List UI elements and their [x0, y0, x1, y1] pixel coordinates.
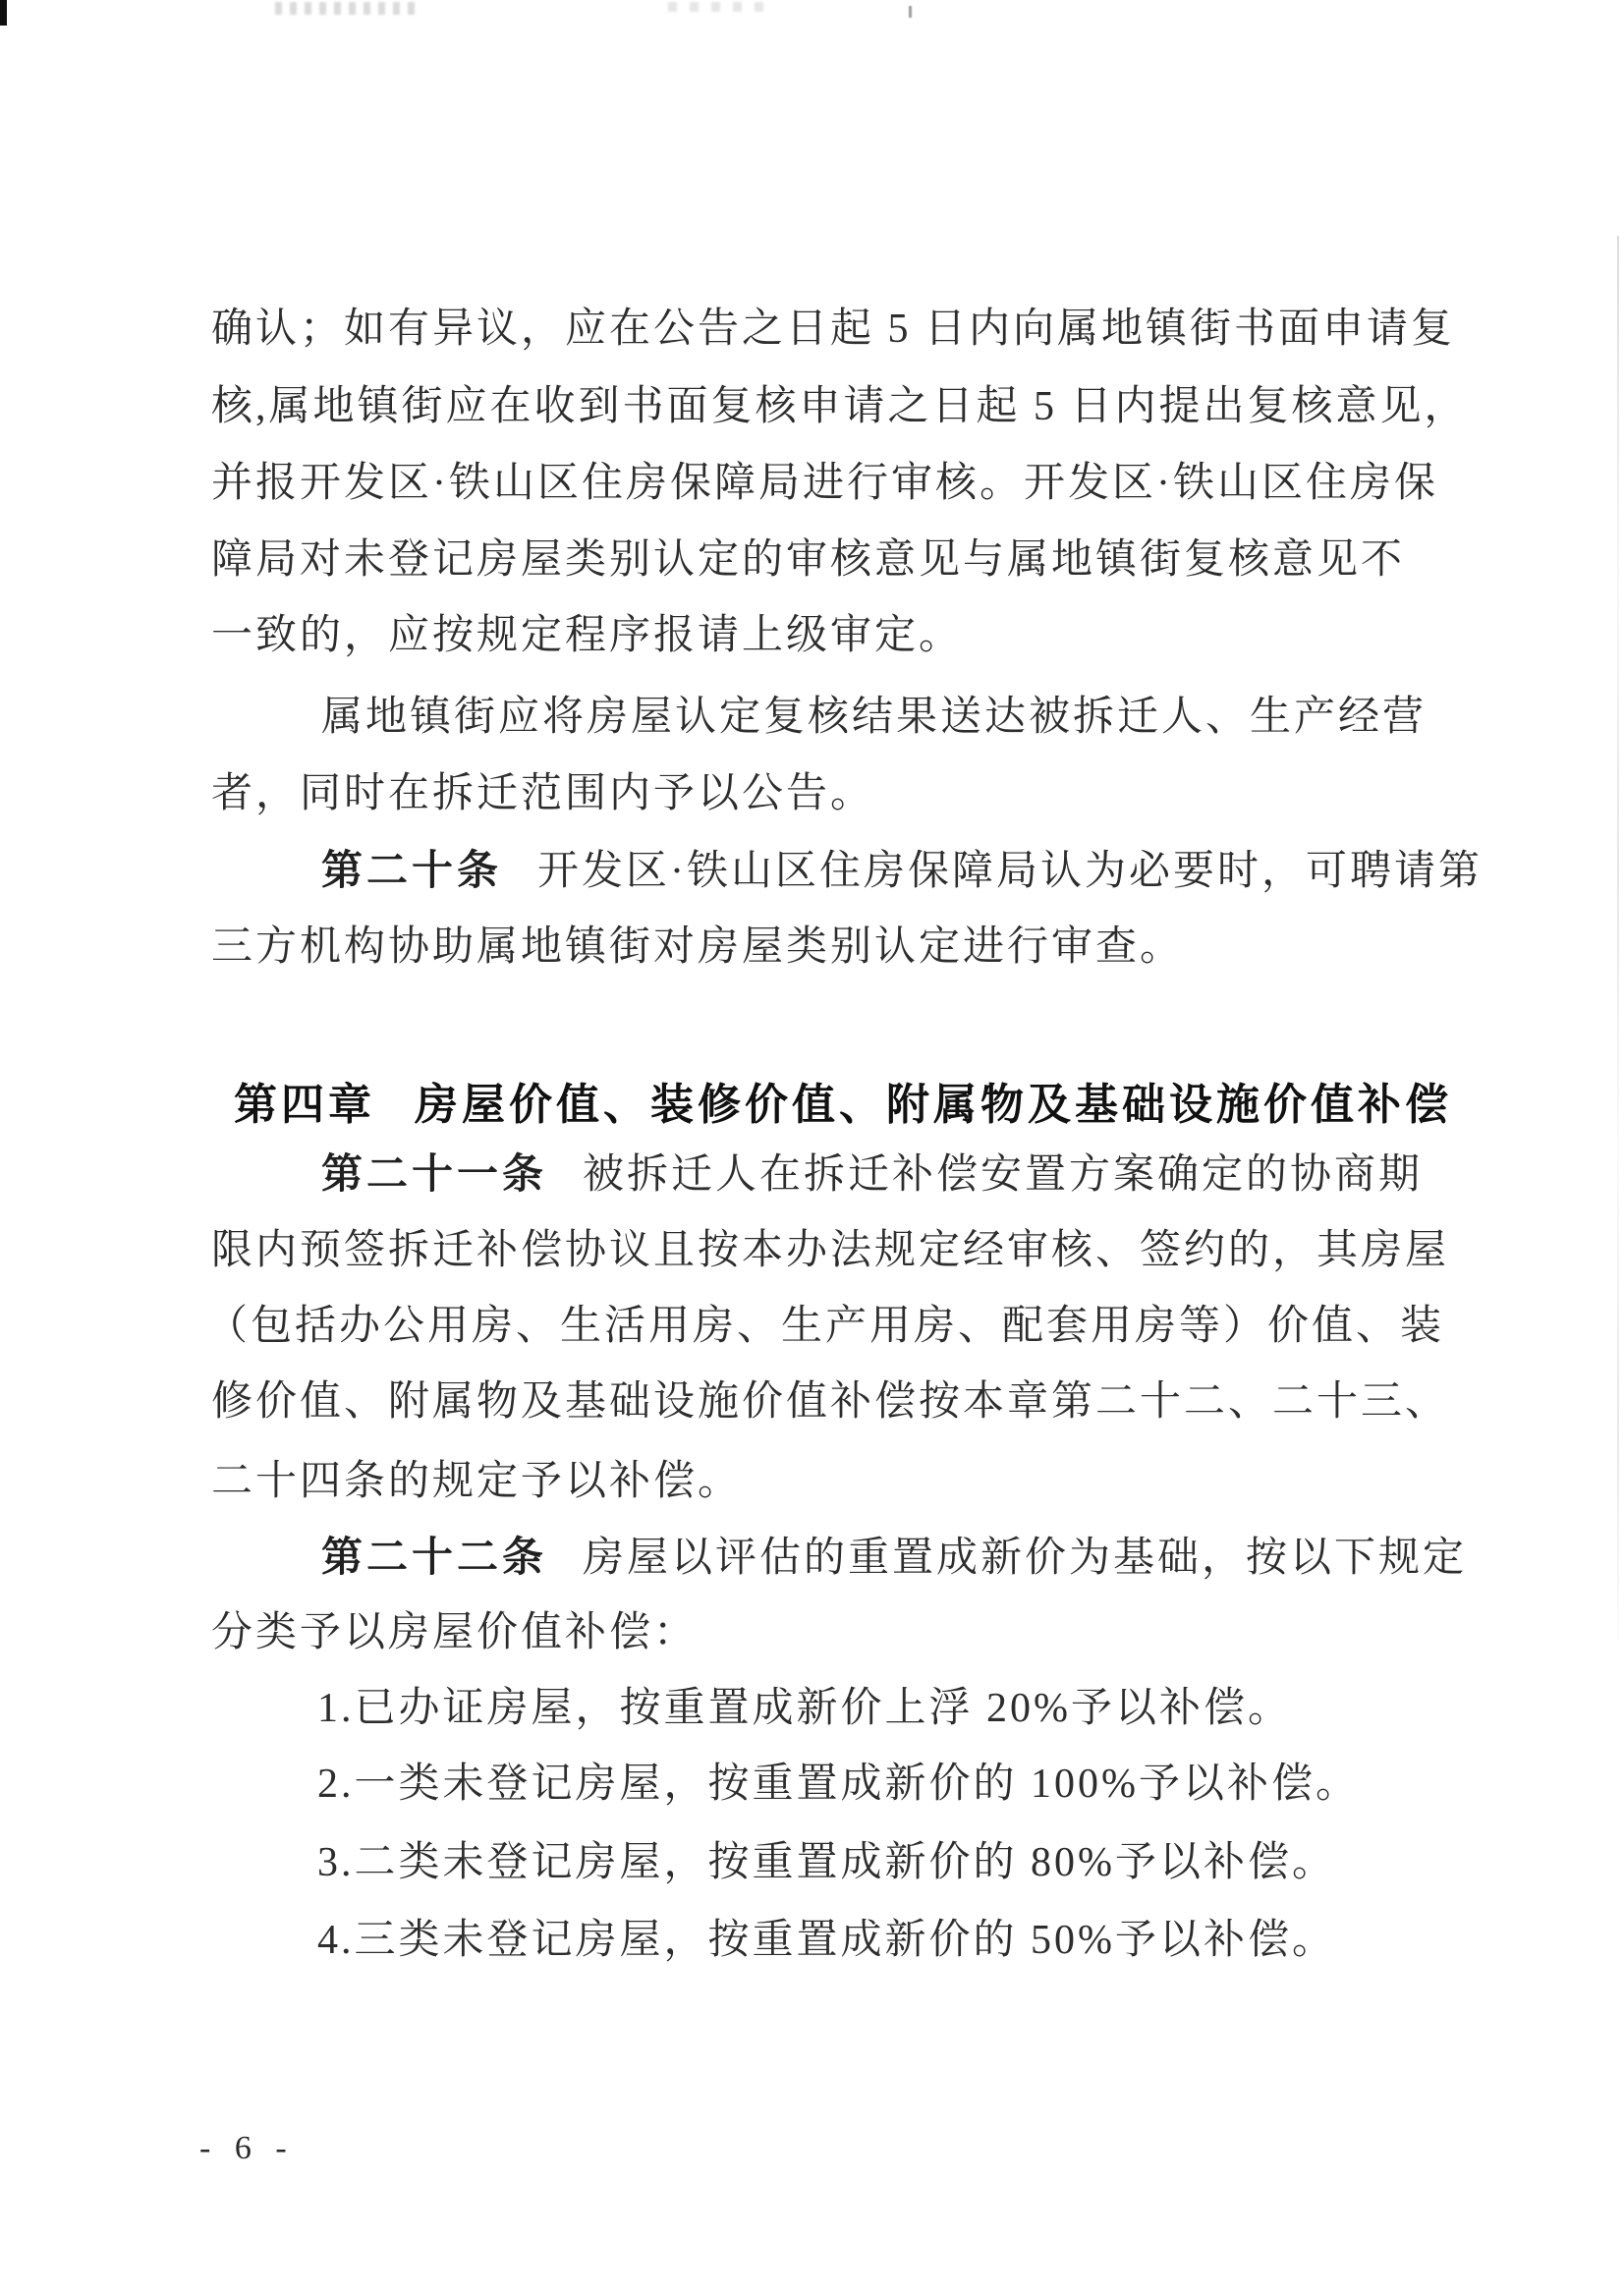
text-line: 三方机构协助属地镇街对房屋类别认定进行审查。 [211, 923, 1184, 972]
line-text: 属地镇街应将房屋认定复核结果送达被拆迁人、生产经营 [321, 695, 1427, 740]
line-text: 3.二类未登记房屋，按重置成新价的 80%予以补偿。 [317, 1840, 1336, 1885]
line-text: 二十四条的规定予以补偿。 [211, 1459, 742, 1504]
scan-artifact-corner [0, 0, 7, 26]
text-line: 确认；如有异议，应在公告之日起 5 日内向属地镇街书面申请复 [211, 305, 1455, 354]
scan-artifact-edge [1617, 236, 1619, 1641]
line-text: 1.已办证房屋，按重置成新价上浮 20%予以补偿。 [317, 1686, 1292, 1731]
line-text: 房屋以评估的重置成新价为基础，按以下规定 [583, 1536, 1467, 1581]
scan-artifact-smudge [275, 2, 422, 15]
line-text: 2.一类未登记房屋，按重置成新价的 100%予以补偿。 [317, 1762, 1360, 1807]
line-text: 修价值、附属物及基础设施价值补偿按本章第二十二、二十三、 [211, 1379, 1449, 1425]
line-text: 三方机构协助属地镇街对房屋类别认定进行审查。 [211, 924, 1184, 970]
list-item-2: 2.一类未登记房屋，按重置成新价的 100%予以补偿。 [317, 1760, 1360, 1809]
text-line: 一致的，应按规定程序报请上级审定。 [211, 611, 963, 660]
page-number: - 6 - [199, 2130, 295, 2167]
line-text: 一致的，应按规定程序报请上级审定。 [211, 613, 963, 658]
text-line: 属地镇街应将房屋认定复核结果送达被拆迁人、生产经营 [321, 693, 1427, 742]
line-text: 开发区·铁山区住房保障局认为必要时，可聘请第 [537, 849, 1483, 894]
text-line-article-22: 第二十二条房屋以评估的重置成新价为基础，按以下规定 [321, 1533, 1467, 1583]
text-line: 分类予以房屋价值补偿： [211, 1608, 698, 1657]
line-text: 障局对未登记房屋类别认定的审核意见与属地镇街复核意见不 [211, 537, 1405, 583]
scan-artifact-smudge [668, 2, 771, 12]
article-number: 第二十一条 [321, 1150, 547, 1197]
line-text: 分类予以房屋价值补偿： [211, 1610, 698, 1655]
line-text: 限内预签拆迁补偿协议且按本办法规定经审核、签约的，其房屋 [211, 1228, 1449, 1273]
text-line: 修价值、附属物及基础设施价值补偿按本章第二十二、二十三、 [211, 1377, 1449, 1427]
chapter-number: 第四章 [234, 1081, 375, 1129]
list-item-1: 1.已办证房屋，按重置成新价上浮 20%予以补偿。 [317, 1684, 1292, 1733]
text-line-article-21: 第二十一条被拆迁人在拆迁补偿安置方案确定的协商期 [321, 1149, 1423, 1200]
list-item-4: 4.三类未登记房屋，按重置成新价的 50%予以补偿。 [317, 1916, 1336, 1965]
line-text: 确认；如有异议，应在公告之日起 5 日内向属地镇街书面申请复 [211, 307, 1455, 352]
line-text: （包括办公用房、生活用房、生产用房、配套用房等）价值、装 [206, 1304, 1444, 1349]
chapter-title: 房屋价值、装修价值、附属物及基础设施价值补偿 [415, 1081, 1452, 1129]
line-text: 者，同时在拆迁范围内予以公告。 [211, 771, 874, 816]
chapter-heading: 第四章房屋价值、装修价值、附属物及基础设施价值补偿 [234, 1069, 1452, 1132]
text-line: 者，同时在拆迁范围内予以公告。 [211, 769, 874, 818]
document-page: 确认；如有异议，应在公告之日起 5 日内向属地镇街书面申请复 核,属地镇街应在收… [0, 0, 1624, 2295]
line-text: 被拆迁人在拆迁补偿安置方案确定的协商期 [583, 1152, 1423, 1198]
text-line: 并报开发区·铁山区住房保障局进行审核。开发区·铁山区住房保 [211, 459, 1438, 508]
text-line: 限内预签拆迁补偿协议且按本办法规定经审核、签约的，其房屋 [211, 1226, 1449, 1275]
line-text: 4.三类未登记房屋，按重置成新价的 50%予以补偿。 [317, 1918, 1336, 1963]
article-number: 第二十二条 [321, 1534, 547, 1580]
text-line: 核,属地镇街应在收到书面复核申请之日起 5 日内提出复核意见， [211, 382, 1469, 431]
line-text: 核,属地镇街应在收到书面复核申请之日起 5 日内提出复核意见， [211, 384, 1469, 429]
line-text: 并报开发区·铁山区住房保障局进行审核。开发区·铁山区住房保 [211, 461, 1438, 506]
scan-artifact-dot [909, 6, 912, 18]
text-line: 二十四条的规定予以补偿。 [211, 1457, 742, 1506]
text-line: 障局对未登记房屋类别认定的审核意见与属地镇街复核意见不 [211, 535, 1405, 585]
text-line-article-20: 第二十条开发区·铁山区住房保障局认为必要时，可聘请第 [321, 846, 1483, 896]
article-number: 第二十条 [321, 847, 502, 893]
list-item-3: 3.二类未登记房屋，按重置成新价的 80%予以补偿。 [317, 1838, 1336, 1887]
text-line: （包括办公用房、生活用房、生产用房、配套用房等）价值、装 [206, 1302, 1444, 1351]
